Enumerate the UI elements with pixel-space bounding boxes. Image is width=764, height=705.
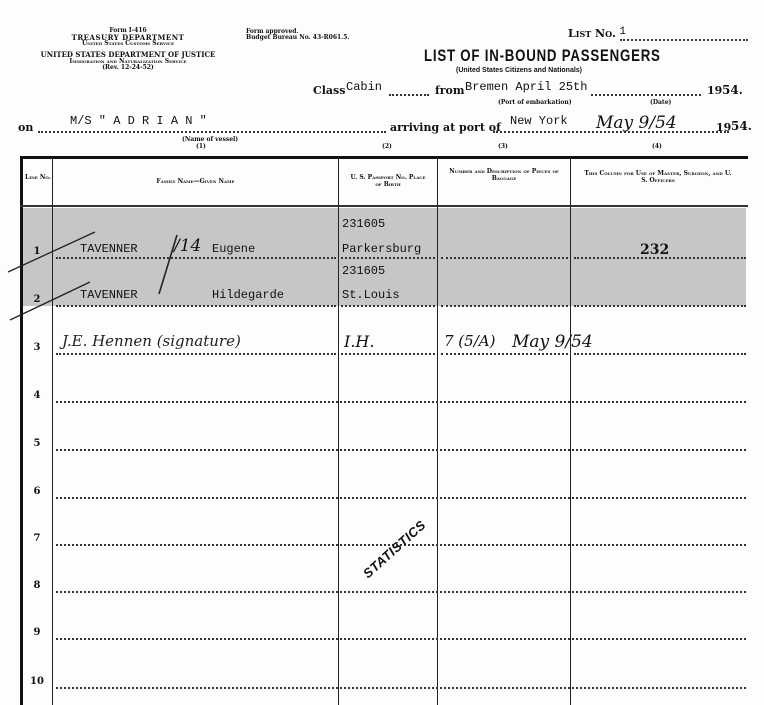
row-3-dots-passport	[341, 353, 435, 355]
row-9-dots	[56, 638, 746, 640]
col-divider-baggage	[570, 158, 571, 705]
row-6-number: 6	[26, 486, 48, 497]
agency-block: Form I-416 TREASURY DEPARTMENT United St…	[18, 28, 238, 71]
row-1-officers: 232	[640, 242, 669, 258]
row-1-dots-passport	[341, 257, 435, 259]
arrival-date-handwritten: May 9/54	[596, 113, 677, 133]
header-bottom-border	[20, 205, 748, 207]
list-no-value: 1	[619, 26, 626, 38]
vessel-caption: (Name of vessel)	[182, 137, 238, 143]
row-10-dots	[56, 687, 746, 689]
row-2-passport: 231605	[342, 264, 385, 278]
row-8-number: 8	[26, 580, 48, 591]
row-1-given-name: Eugene	[212, 242, 255, 256]
arrival-port: New York	[510, 114, 568, 128]
row-5-dots	[56, 449, 746, 451]
table-top-border	[20, 156, 748, 159]
row-3-dots-name	[56, 353, 336, 355]
row-2-given-name: Hildegarde	[212, 288, 284, 302]
class-line: Class Cabin from Bremen April 25th 19 54…	[313, 80, 753, 100]
customs-service: United States Customs Service	[18, 41, 238, 47]
row-3-baggage: 7 (5/A)	[444, 332, 495, 350]
page-title: LIST OF IN-BOUND PASSENGERS	[424, 46, 661, 66]
col-divider-name	[338, 158, 339, 705]
header-baggage: Number and Description of Pieces of Bagg…	[446, 168, 562, 182]
col-mark-2: (2)	[382, 144, 392, 150]
vessel-name: M/S " A D R I A N "	[70, 114, 207, 128]
row-3-number: 3	[26, 342, 48, 353]
date-caption: (Date)	[650, 100, 671, 106]
row-3-passport: I.H.	[344, 332, 374, 351]
vessel-dots	[38, 131, 386, 133]
budget-bureau: Budget Bureau No. 43-R061.5.	[246, 35, 350, 41]
approval-block: Form approved. Budget Bureau No. 43-R061…	[246, 29, 350, 41]
year-prefix-1: 19	[707, 84, 722, 97]
revision: (Rev. 12-24-52)	[18, 65, 238, 71]
row-4-number: 4	[26, 390, 48, 401]
list-number: List No. 1	[568, 27, 748, 41]
port-caption: (Port of embarkation)	[498, 100, 572, 106]
header-line-no: Line No.	[24, 174, 52, 181]
col-divider-passport	[437, 158, 438, 705]
row-2-dots-officers	[574, 305, 746, 307]
row-3-officers: May 9/54	[512, 332, 593, 352]
arriving-label: arriving at port of	[390, 121, 501, 134]
class-label: Class	[313, 84, 345, 97]
row-4-dots	[56, 401, 746, 403]
col-mark-1: (1)	[196, 144, 206, 150]
embarkation-value: Bremen April 25th	[465, 80, 587, 94]
year-value-2: 54.	[731, 119, 752, 133]
row-9-number: 9	[26, 627, 48, 638]
row-6-dots	[56, 497, 746, 499]
row-1-passport: 231605	[342, 217, 385, 231]
row-3-dots-baggage	[441, 353, 568, 355]
col-mark-4: (4)	[652, 144, 662, 150]
row-5-number: 5	[26, 438, 48, 449]
class-value: Cabin	[346, 80, 382, 94]
slash-mark-icon	[155, 230, 185, 300]
year-value-1: 54.	[722, 83, 743, 97]
class-dots	[389, 94, 429, 96]
year-prefix-2: 19	[716, 121, 731, 134]
row-10-number: 10	[26, 676, 48, 687]
header-name: Family Name—Given Name	[53, 178, 338, 185]
row-7-number: 7	[26, 533, 48, 544]
row-8-dots	[56, 591, 746, 593]
check-strokes-icon	[0, 220, 110, 330]
page-subtitle: (United States Citizens and Nationals)	[456, 67, 582, 74]
from-label: from	[435, 84, 465, 97]
col-mark-3: (3)	[498, 144, 508, 150]
row-2-birthplace: St.Louis	[342, 288, 400, 302]
row-3-dots-officers	[574, 353, 746, 355]
on-label: on	[18, 121, 33, 134]
from-dots	[591, 94, 701, 96]
vessel-line: on M/S " A D R I A N " arriving at port …	[18, 112, 753, 136]
row-1-birthplace: Parkersburg	[342, 242, 421, 256]
header-officers: This Column for Use of Master, Surgeon, …	[582, 170, 734, 184]
row-2-dots-baggage	[441, 305, 568, 307]
row-1-dots-baggage	[441, 257, 568, 259]
list-no-dots	[620, 39, 748, 41]
statistics-stamp: STATISTICS	[360, 517, 429, 581]
list-no-label: List No.	[568, 27, 616, 40]
row-3-signature: J.E. Hennen (signature)	[62, 332, 241, 350]
header-passport: U. S. Passport No. Place of Birth	[348, 174, 428, 188]
row-2-dots-passport	[341, 305, 435, 307]
